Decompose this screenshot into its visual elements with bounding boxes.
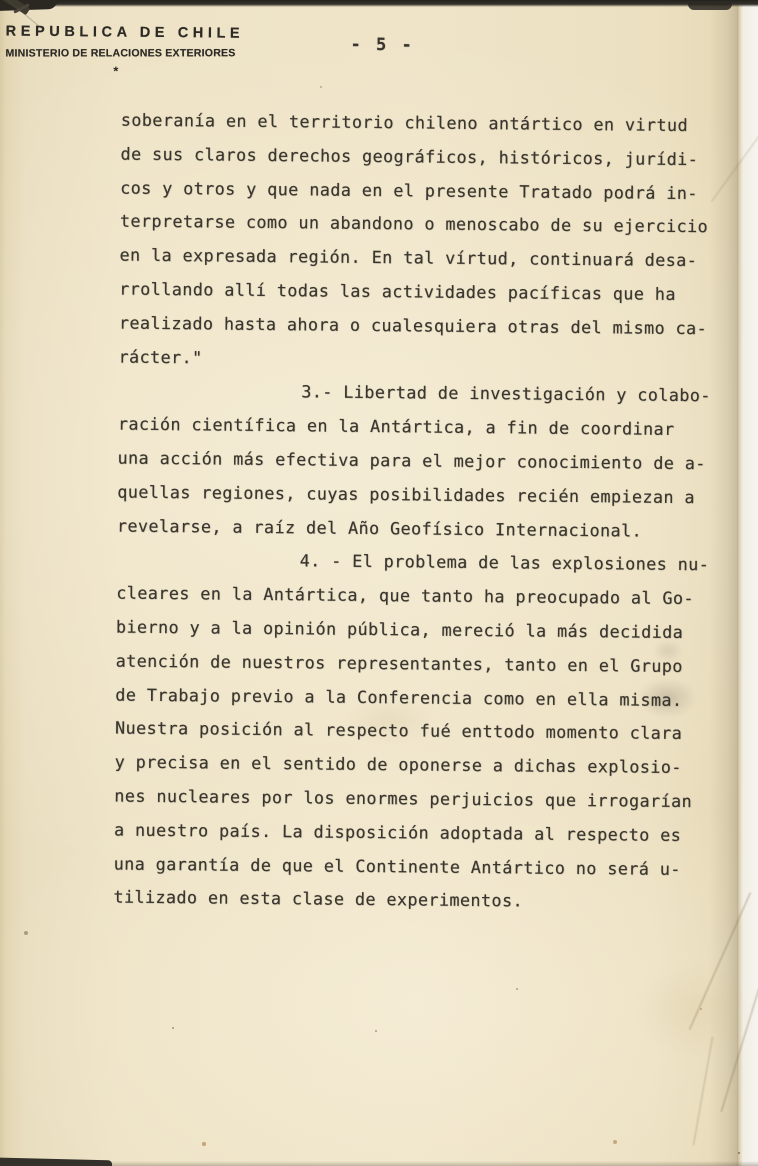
letterhead-ministry-line: MINISTERIO DE RELACIONES EXTERIORES — [5, 47, 244, 59]
typed-line: revelarse, a raíz del Año Geofísico Inte… — [117, 509, 737, 549]
page-number: - 5 - — [350, 35, 414, 56]
letterhead-republic-line: REPUBLICA DE CHILE — [6, 23, 245, 41]
letterhead-asterisk: * — [113, 64, 244, 80]
scan-edge-bottom — [0, 1161, 758, 1166]
page-content: REPUBLICA DE CHILE MINISTERIO DE RELACIO… — [0, 0, 758, 1166]
typed-line: atención de nuestros representantes, tan… — [115, 644, 735, 684]
typed-line: bierno y a la opinión pública, mereció l… — [116, 611, 736, 651]
typed-line: nes nucleares por los enormes perjuicios… — [114, 779, 734, 819]
typed-line: soberanía en el territorio chileno antár… — [121, 104, 741, 144]
typed-line: rrollando allí todas las actividades pac… — [119, 273, 739, 313]
typed-line: de sus claros derechos geográficos, hist… — [120, 137, 740, 177]
typed-line: quellas regiones, cuyas posibilidades re… — [117, 475, 737, 515]
typed-line: una acción más efectiva para el mejor co… — [117, 442, 737, 482]
letterhead: REPUBLICA DE CHILE MINISTERIO DE RELACIO… — [5, 23, 244, 79]
typed-line: a nuestro país. La disposición adoptada … — [114, 813, 734, 853]
scanned-document-page: REPUBLICA DE CHILE MINISTERIO DE RELACIO… — [0, 0, 758, 1166]
typed-line: realizado hasta ahora o cualesquiera otr… — [119, 306, 739, 346]
scan-edge-top-bump — [688, 3, 732, 10]
typed-line: tilizado en esta clase de experimentos. — [113, 881, 733, 921]
scan-edge-top — [0, 0, 758, 7]
document-body: soberanía en el territorio chileno antár… — [113, 104, 741, 921]
